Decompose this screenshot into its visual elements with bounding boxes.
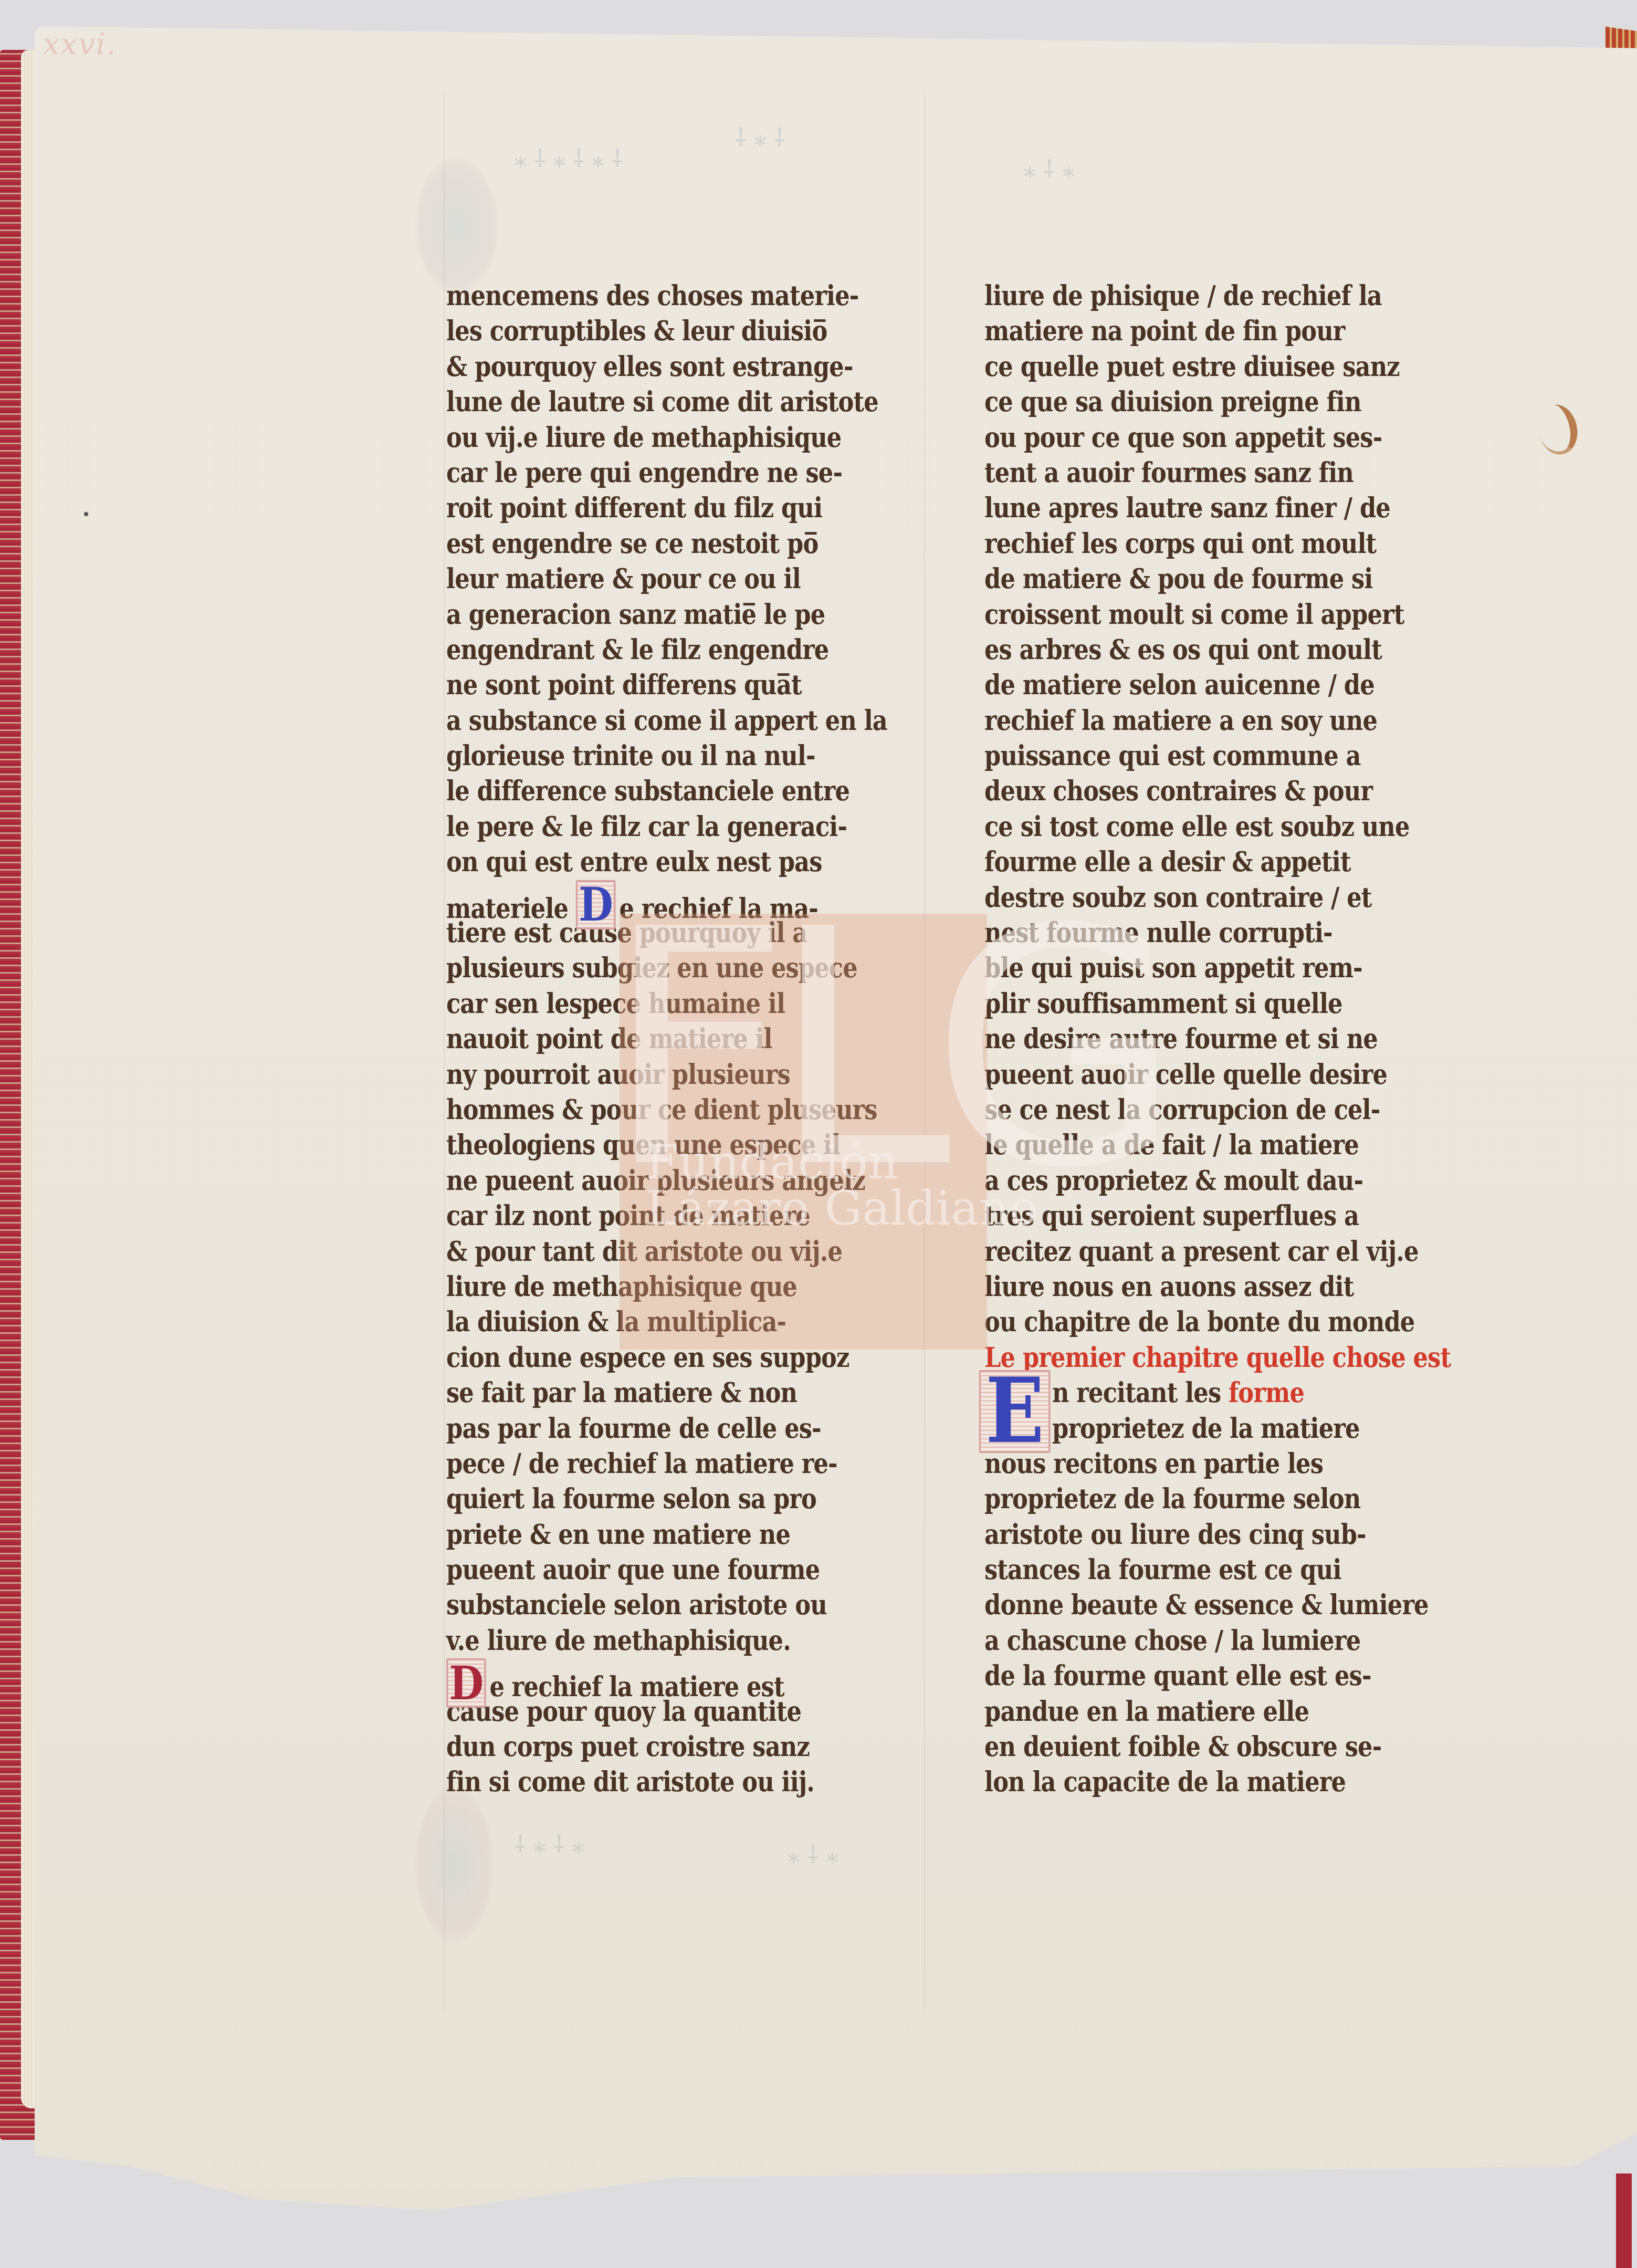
text-line: ny pourroit auoir plusieurs [446,1057,880,1092]
text-line: liure de methaphisique que [446,1269,880,1304]
text-line: fourme elle a desir & appetit [984,844,1418,880]
text-line: substanciele selon aristote ou [446,1587,880,1623]
text-line: ce si tost come elle est soubz une [984,809,1418,844]
decorated-initial-e-blue: E [979,1370,1051,1453]
text-line: a ces proprietez & moult dau- [984,1163,1418,1198]
show-through-figure-top [415,158,499,294]
text-line: lune apres lautre sanz finer / de [984,490,1418,526]
text-line: engendrant & le filz engendre [446,632,880,667]
text-line: rechief les corps qui ont moult [984,526,1418,561]
text-line: ne pueent auoir plusieurs angelz [446,1163,880,1198]
text-line: ou pour ce que son appetit ses- [984,420,1418,455]
text-line: ce que sa diuision preigne fin [984,384,1418,420]
decorated-initial-d-red: D [446,1658,486,1708]
text-line: puissance qui est commune a [984,738,1418,774]
text-line: car sen lespece humaine il [446,986,880,1021]
text-line: roit point different du filz qui [446,490,880,526]
text-line: le quelle a de fait / la matiere [984,1127,1418,1163]
text-line: pueent auoir que une fourme [446,1552,880,1587]
text-line: nest fourme nulle corrupti- [984,915,1418,950]
text-line: pandue en la matiere elle [984,1694,1418,1729]
ruling-line [444,95,445,2011]
text-fragment: n recitant les [1052,1377,1221,1409]
text-line: es arbres & es os qui ont moult [984,632,1418,667]
text-line-with-big-initial: E n recitant les forme [984,1375,1418,1410]
text-line: se ce nest la corrupcion de cel- [984,1092,1418,1127]
text-line: matiere na point de fin pour [984,313,1418,349]
decorated-initial-d-blue: D [576,880,616,929]
text-line-with-initial: De rechief la matiere est [446,1658,880,1694]
text-line: est engendre se ce nestoit po̅ [446,526,880,561]
text-line: ce quelle puet estre diuisee sanz [984,349,1418,384]
text-line: tent a auoir fourmes sanz fin [984,455,1418,490]
text-line: theologiens quen une espece il [446,1127,880,1163]
text-line: tres qui seroient superflues a [984,1198,1418,1234]
show-through-mark: ⁎ ⸸ ⁎ [788,1838,838,1870]
text-line: de matiere & pou de fourme si [984,561,1418,597]
text-line: on qui est entre eulx nest pas [446,844,880,880]
text-line: fin si come dit aristote ou iij. [446,1764,880,1800]
text-line: pece / de rechief la matiere re- [446,1446,880,1481]
text-line: recitez quant a present car el vij.e [984,1234,1418,1269]
text-line: ou vij.e liure de methaphisique [446,420,880,455]
text-line: les corruptibles & leur diuisio̅ [446,313,880,349]
text-line: cause pour quoy la quantite [446,1694,880,1729]
text-line: lune de lautre si come dit aristote [446,384,880,420]
text-line: priete & en une matiere ne [446,1517,880,1552]
show-through-figure-bottom [415,1785,494,1943]
text-line: croissent moult si come il appert [984,597,1418,632]
text-column-left: mencemens des choses materie- les corrup… [446,278,880,1800]
text-line: a generacion sanz matie̅ le pe [446,597,880,632]
text-line-with-initial: materiele De rechief la ma- [446,880,880,915]
show-through-mark: ⁎ ⸸ ⁎ ⸸ ⁎ ⸸ [515,142,623,174]
text-line: plir souffisamment si quelle [984,986,1418,1021]
text-line: a chascune chose / la lumiere [984,1623,1418,1658]
text-line: car ilz nont point de matiere [446,1198,880,1234]
page-edges [21,50,37,2108]
text-line: de la fourme quant elle est es- [984,1658,1418,1694]
text-line: pas par la fourme de celle es- [446,1411,880,1446]
text-line: rechief la matiere a en soy une [984,703,1418,738]
text-line: car le pere qui engendre ne se- [446,455,880,490]
show-through-mark: ⁎ ⸸ ⁎ [1024,152,1075,185]
text-column-right: liure de phisique / de rechief la matier… [984,278,1418,1800]
ruling-line [924,95,925,2011]
text-line: & pour tant dit aristote ou vij.e [446,1234,880,1269]
text-line: proprietez de la fourme selon [984,1481,1418,1517]
text-line: la diuision & la multiplica- [446,1304,880,1340]
text-line: ne sont point differens qua̅t [446,667,880,703]
text-line: en deuient foible & obscure se- [984,1729,1418,1764]
text-line: pueent auoir celle quelle desire [984,1057,1418,1092]
text-line: de matiere selon auicenne / de [984,667,1418,703]
text-line: lon la capacite de la matiere [984,1764,1418,1800]
text-line: nauoit point de matiere il [446,1021,880,1057]
text-line: le pere & le filz car la generaci- [446,809,880,844]
text-line: a substance si come il appert en la [446,703,880,738]
show-through-mark: ⸸ ⁎ ⸸ ⁎ [515,1827,584,1860]
text-line: & pourquoy elles sont estrange- [446,349,880,384]
show-through-mark: ⸸ ⁎ ⸸ [735,121,785,153]
text-line: se fait par la matiere & non [446,1375,880,1410]
text-line: ne desire autre fourme et si ne [984,1021,1418,1057]
text-line: stances la fourme est ce qui [984,1552,1418,1587]
text-line: quiert la fourme selon sa pro [446,1481,880,1517]
text-line: plusieurs subgiez en une espece [446,950,880,986]
book-binding-bottom [1616,2173,1632,2268]
text-line: deux choses contraires & pour [984,774,1418,809]
text-line: liure de phisique / de rechief la [984,278,1418,313]
text-line: ou chapitre de la bonte du monde [984,1304,1418,1340]
text-line: glorieuse trinite ou il na nul- [446,738,880,774]
text-line: destre soubz son contraire / et [984,880,1418,915]
text-line: dun corps puet croistre sanz [446,1729,880,1764]
text-line: cion dune espece en ses suppoz [446,1340,880,1375]
folio-number: xxvi. [43,27,117,61]
text-line: le difference substanciele entre [446,774,880,809]
rubric-fragment: forme [1229,1377,1304,1409]
ink-speck [84,512,88,516]
text-line: v.e liure de methaphisique. [446,1623,880,1658]
text-line: liure nous en auons assez dit [984,1269,1418,1304]
text-line: leur matiere & pour ce ou il [446,561,880,597]
text-line: mencemens des choses materie- [446,278,880,313]
text-line: ble qui puist son appetit rem- [984,950,1418,986]
text-line: donne beaute & essence & lumiere [984,1587,1418,1623]
text-line: aristote ou liure des cinq sub- [984,1517,1418,1552]
text-line: hommes & pour ce dient pluseurs [446,1092,880,1127]
